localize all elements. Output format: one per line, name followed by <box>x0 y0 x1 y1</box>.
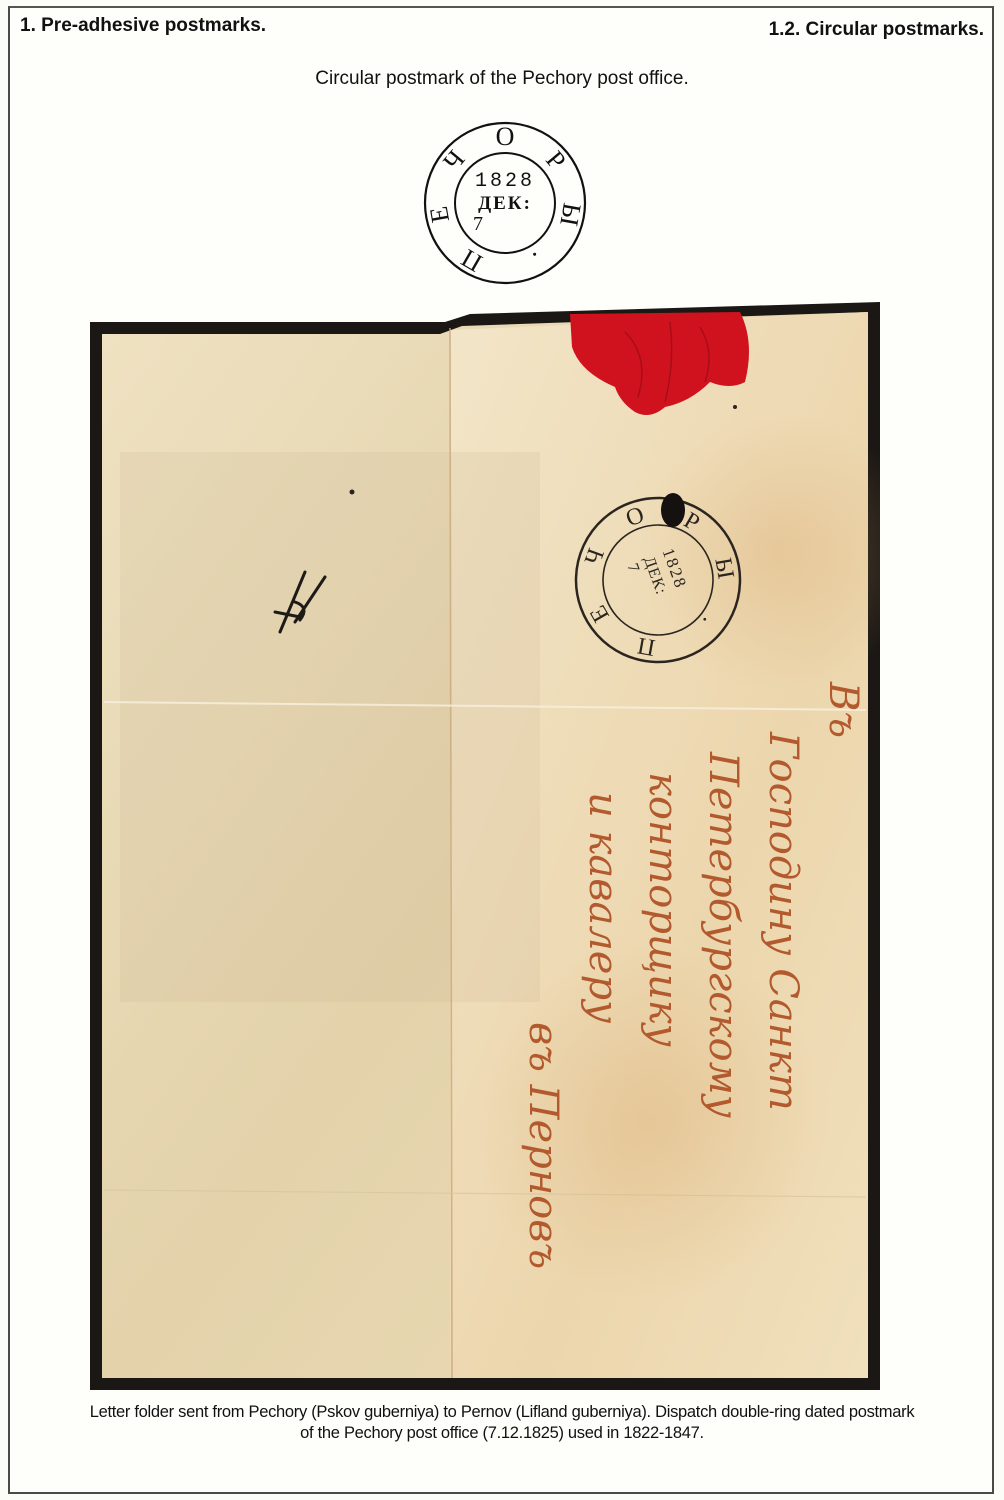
svg-text:Ы: Ы <box>554 201 586 228</box>
svg-text:.: . <box>528 246 548 274</box>
svg-text:Е: Е <box>424 204 455 225</box>
letter-folder-image: ПЕЧОРЫ. 1828 ДЕК: 7 ВъГосподину СанктПет… <box>90 302 880 1390</box>
svg-text:Р: Р <box>540 145 572 175</box>
svg-text:конторщику: конторщику <box>640 772 686 1048</box>
postmark-drawing: ПЕЧОРЫ. 1828 ДЕК: 7 <box>420 118 590 288</box>
exhibit-caption: Letter folder sent from Pechory (Pskov g… <box>0 1402 1004 1444</box>
subsection-title: 1.2. Circular postmarks. <box>769 19 984 41</box>
postmark-year: 1828 <box>475 170 535 193</box>
svg-text:Въ: Въ <box>820 681 866 738</box>
svg-text:и кавалеру: и кавалеру <box>580 792 626 1024</box>
postmark-month: ДЕК: <box>478 193 532 214</box>
section-title: 1. Pre-adhesive postmarks. <box>20 15 266 37</box>
postmark-day: 7 <box>473 213 483 235</box>
caption-line-2: of the Pechory post office (7.12.1825) u… <box>0 1423 1004 1444</box>
svg-text:Петербургскому: Петербургскому <box>700 751 746 1119</box>
caption-line-1: Letter folder sent from Pechory (Pskov g… <box>0 1402 1004 1423</box>
page-subtitle: Circular postmark of the Pechory post of… <box>0 68 1004 90</box>
svg-text:О: О <box>496 122 515 151</box>
svg-text:въ Перновъ: въ Перновъ <box>520 1022 566 1269</box>
svg-text:Господину Санкт: Господину Санкт <box>760 731 806 1111</box>
